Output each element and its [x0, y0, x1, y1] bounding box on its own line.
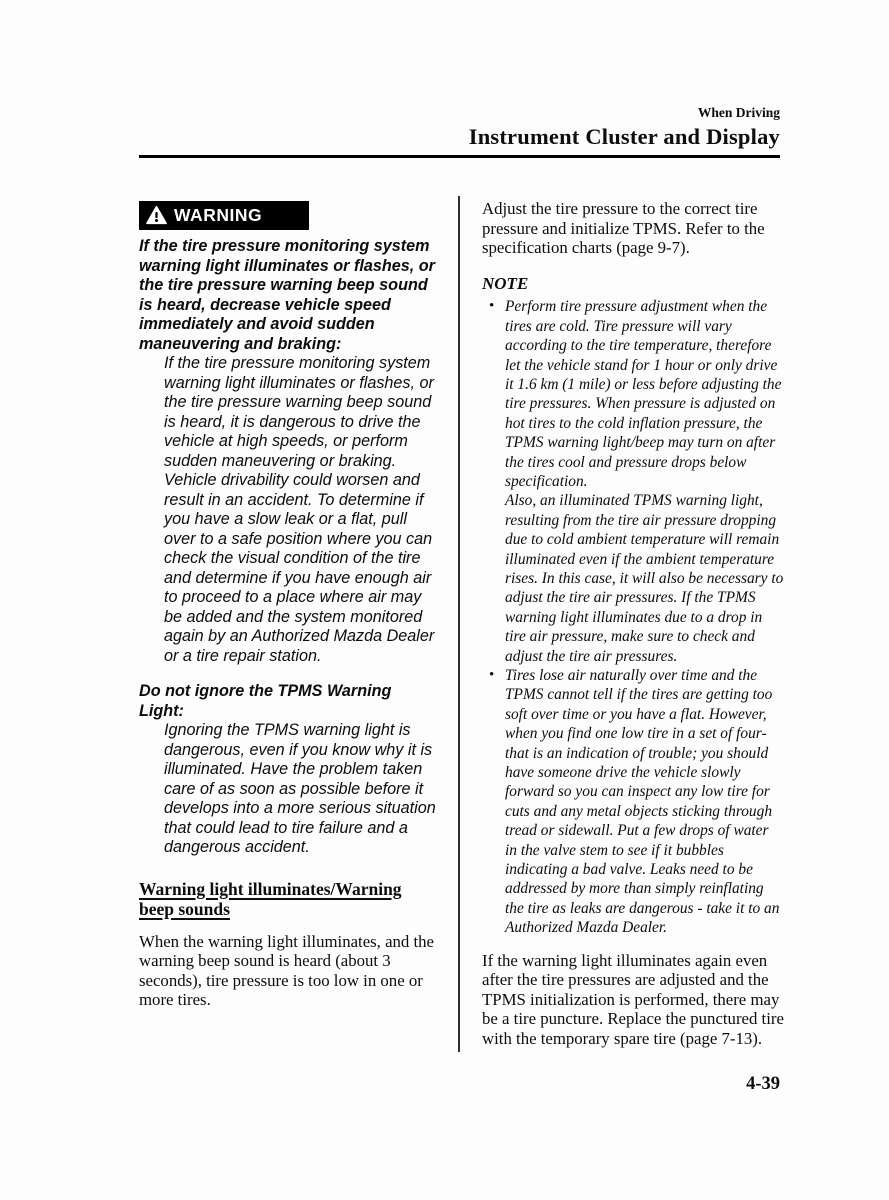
- warning-body: If the tire pressure monitoring system w…: [164, 354, 439, 666]
- body-paragraph: Adjust the tire pressure to the correct …: [482, 199, 784, 258]
- warning-panel: WARNING If the tire pressure monitoring …: [139, 201, 439, 858]
- note-item: Perform tire pressure adjustment when th…: [505, 297, 784, 666]
- note-item: Tires lose air naturally over time and t…: [505, 666, 784, 938]
- warning-item: Do not ignore the TPMS Warning Light: Ig…: [139, 682, 439, 858]
- page-title: Instrument Cluster and Display: [139, 124, 780, 149]
- manual-page: When Driving Instrument Cluster and Disp…: [0, 0, 889, 1200]
- warning-header: WARNING: [139, 201, 309, 230]
- warning-triangle-icon: [146, 206, 167, 225]
- left-column: WARNING If the tire pressure monitoring …: [139, 201, 439, 1026]
- right-column: Adjust the tire pressure to the correct …: [482, 199, 784, 1065]
- warning-body: Ignoring the TPMS warning light is dange…: [164, 721, 439, 858]
- section-label: When Driving: [139, 106, 780, 120]
- warning-item: If the tire pressure monitoring system w…: [139, 237, 439, 666]
- note-heading: NOTE: [482, 274, 784, 294]
- closing-paragraph: If the warning light illuminates again e…: [482, 951, 784, 1049]
- title-rule: [139, 155, 780, 158]
- column-divider: [458, 196, 460, 1052]
- page-number: 4-39: [139, 1074, 780, 1095]
- warning-lead: Do not ignore the TPMS Warning Light:: [139, 682, 439, 721]
- page-header: When Driving Instrument Cluster and Disp…: [139, 106, 780, 149]
- warning-lead: If the tire pressure monitoring system w…: [139, 237, 439, 354]
- body-paragraph: When the warning light illuminates, and …: [139, 932, 439, 1010]
- section-heading: Warning light illuminates/Warning beep s…: [139, 879, 439, 919]
- note-list: Perform tire pressure adjustment when th…: [482, 297, 784, 937]
- warning-label: WARNING: [174, 205, 262, 226]
